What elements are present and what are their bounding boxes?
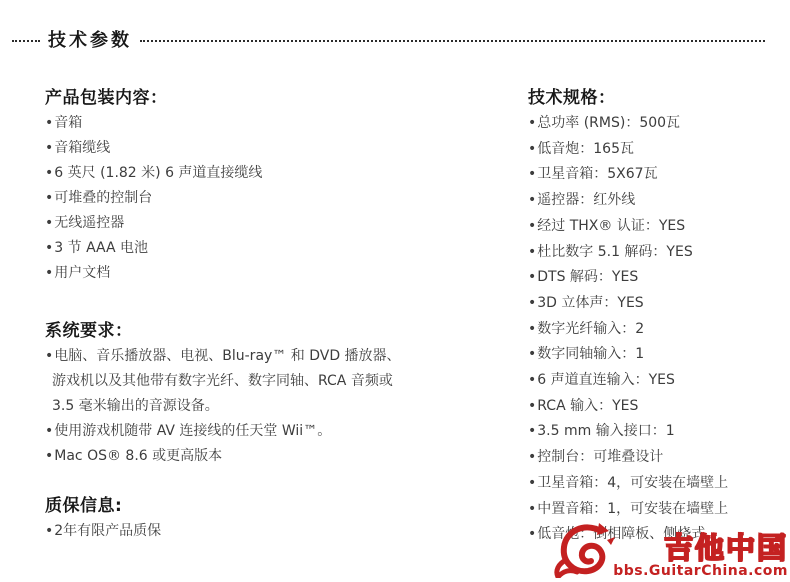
package-contents-heading: 产品包装内容：	[45, 85, 485, 111]
page-title: 技术参数	[48, 30, 132, 52]
header-rule-right	[140, 40, 765, 42]
warranty-heading: 质保信息:	[45, 493, 485, 519]
list-item: 可堆叠的控制台	[45, 186, 485, 211]
list-item: 6 英尺 (1.82 米) 6 声道直接缆线	[45, 161, 485, 186]
list-item: Mac OS® 8.6 或更高版本	[45, 444, 485, 469]
list-item: 3 节 AAA 电池	[45, 236, 485, 261]
system-requirements-list: 电脑、音乐播放器、电视、Blu-ray™ 和 DVD 播放器、 游戏机以及其他带…	[45, 344, 485, 469]
content-columns: 产品包装内容： 音箱 音箱缆线 6 英尺 (1.82 米) 6 声道直接缆线 可…	[0, 85, 790, 548]
system-requirements-heading: 系统要求：	[45, 318, 485, 344]
list-item: 无线遥控器	[45, 211, 485, 236]
watermark-url: bbs.GuitarChina.com	[613, 563, 788, 580]
spec-item: DTS 解码：YES	[528, 265, 790, 291]
spec-item: 3D 立体声：YES	[528, 291, 790, 317]
list-item: 使用游戏机随带 AV 连接线的任天堂 Wii™。	[45, 419, 485, 444]
spec-item: 中置音箱：1，可安装在墙壁上	[528, 497, 790, 523]
warranty-list: 2年有限产品质保	[45, 519, 485, 544]
list-item: 音箱	[45, 111, 485, 136]
watermark-brand: 吉他中国	[613, 533, 788, 563]
dragon-logo-icon	[553, 520, 619, 578]
list-item: 2年有限产品质保	[45, 519, 485, 544]
list-item-continuation: 游戏机以及其他带有数字光纤、数字同轴、RCA 音频或	[45, 369, 485, 394]
spec-item: 控制台：可堆叠设计	[528, 445, 790, 471]
spec-item: 杜比数字 5.1 解码：YES	[528, 240, 790, 266]
spec-item: 低音炮：165瓦	[528, 137, 790, 163]
spec-item: 3.5 mm 输入接口：1	[528, 419, 790, 445]
list-item: 音箱缆线	[45, 136, 485, 161]
list-item-continuation: 3.5 毫米输出的音源设备。	[45, 394, 485, 419]
spec-item: 遥控器：红外线	[528, 188, 790, 214]
right-column: 技术规格： 总功率 (RMS)：500瓦 低音炮：165瓦 卫星音箱：5X67瓦…	[528, 85, 790, 548]
spec-page: 技术参数 产品包装内容： 音箱 音箱缆线 6 英尺 (1.82 米) 6 声道直…	[0, 0, 790, 582]
spec-item: RCA 输入：YES	[528, 394, 790, 420]
tech-specs-section: 技术规格： 总功率 (RMS)：500瓦 低音炮：165瓦 卫星音箱：5X67瓦…	[528, 85, 790, 548]
spec-item: 经过 THX® 认证：YES	[528, 214, 790, 240]
spec-item: 总功率 (RMS)：500瓦	[528, 111, 790, 137]
spec-item: 6 声道直连输入：YES	[528, 368, 790, 394]
left-column: 产品包装内容： 音箱 音箱缆线 6 英尺 (1.82 米) 6 声道直接缆线 可…	[45, 85, 485, 548]
package-contents-list: 音箱 音箱缆线 6 英尺 (1.82 米) 6 声道直接缆线 可堆叠的控制台 无…	[45, 111, 485, 286]
spec-item: 卫星音箱：5X67瓦	[528, 162, 790, 188]
watermark: 吉他中国 bbs.GuitarChina.com	[553, 520, 790, 580]
spec-item: 数字光纤输入：2	[528, 317, 790, 343]
tech-specs-list: 总功率 (RMS)：500瓦 低音炮：165瓦 卫星音箱：5X67瓦 遥控器：红…	[528, 111, 790, 548]
spec-item: 数字同轴输入：1	[528, 342, 790, 368]
list-item: 用户文档	[45, 261, 485, 286]
spec-item: 卫星音箱：4，可安装在墙壁上	[528, 471, 790, 497]
header-rule-left	[12, 40, 40, 42]
page-header: 技术参数	[0, 0, 790, 52]
watermark-text: 吉他中国 bbs.GuitarChina.com	[613, 533, 790, 580]
tech-specs-heading: 技术规格：	[528, 85, 790, 111]
system-requirements-section: 系统要求： 电脑、音乐播放器、电视、Blu-ray™ 和 DVD 播放器、 游戏…	[45, 318, 485, 469]
package-contents-section: 产品包装内容： 音箱 音箱缆线 6 英尺 (1.82 米) 6 声道直接缆线 可…	[45, 85, 485, 286]
list-item: 电脑、音乐播放器、电视、Blu-ray™ 和 DVD 播放器、	[45, 344, 485, 369]
warranty-section: 质保信息: 2年有限产品质保	[45, 493, 485, 544]
